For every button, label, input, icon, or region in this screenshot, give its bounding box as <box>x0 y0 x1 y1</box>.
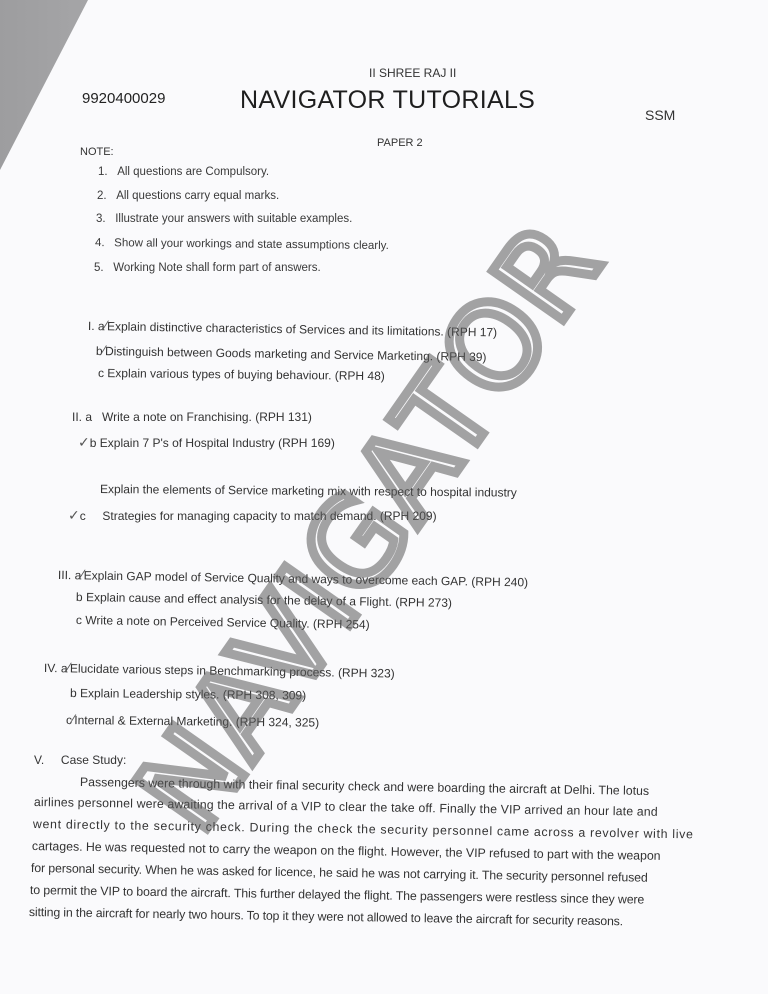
question-label: c <box>76 613 82 627</box>
question-label: b <box>70 686 77 700</box>
note-item: 3. Illustrate your answers with suitable… <box>96 213 352 225</box>
question-text: Write a note on Franchising. (RPH 131) <box>102 410 312 424</box>
case-study-line: to permit the VIP to board the aircraft.… <box>30 883 644 907</box>
note-item-number: 1. <box>98 166 108 178</box>
question-label: III. a <box>58 568 82 582</box>
question-text: Explain various types of buying behaviou… <box>107 366 385 383</box>
question-3c: c Write a note on Perceived Service Qual… <box>76 613 370 632</box>
question-2c: ✓c Strategies for managing capacity to m… <box>68 507 437 524</box>
question-text: Strategies for managing capacity to matc… <box>102 509 436 523</box>
note-item: 5. Working Note shall form part of answe… <box>94 262 321 274</box>
watermark: NAVIGATOR <box>110 198 627 855</box>
check-mark-icon: ✓ <box>68 507 80 523</box>
question-label: b <box>90 436 97 450</box>
note-item-number: 3. <box>96 213 106 225</box>
question-3a: III. a⁄Explain GAP model of Service Qual… <box>58 566 528 589</box>
subject-code: SSM <box>645 107 675 123</box>
case-study-line: cartages. He was requested not to carry … <box>32 839 661 863</box>
note-item-text: All questions carry equal marks. <box>116 190 279 202</box>
paper-number: PAPER 2 <box>377 137 423 149</box>
note-item: 2. All questions carry equal marks. <box>97 190 279 202</box>
question-label: II. a <box>72 410 92 424</box>
note-item: 4. Show all your workings and state assu… <box>95 237 389 252</box>
question-text: Elucidate various steps in Benchmarking … <box>70 661 395 680</box>
note-label: NOTE: <box>80 146 114 158</box>
question-2c-heading: Explain the elements of Service marketin… <box>100 482 517 500</box>
case-study-line: airlines personnel were awaiting the arr… <box>34 795 658 819</box>
note-item-text: Illustrate your answers with suitable ex… <box>115 213 352 225</box>
case-study-line: Passengers were through with their final… <box>80 775 649 798</box>
question-text: Write a note on Perceived Service Qualit… <box>85 613 370 631</box>
note-item-text: Working Note shall form part of answers. <box>113 262 321 274</box>
question-text: Explain distinctive characteristics of S… <box>107 319 497 339</box>
question-text: Explain cause and effect analysis for th… <box>86 590 452 610</box>
question-2a: II. a Write a note on Franchising. (RPH … <box>72 410 312 424</box>
note-item: 1. All questions are Compulsory. <box>98 166 269 178</box>
invocation-line: II SHREE RAJ II <box>369 66 456 80</box>
question-1a: I. a⁄Explain distinctive characteristics… <box>88 317 497 339</box>
question-label: I. a <box>88 319 105 333</box>
question-label: c <box>80 509 86 523</box>
question-label: c <box>98 366 104 380</box>
check-mark-icon: ✓ <box>78 434 90 450</box>
question-4c: c⁄Internal & External Marketing. (RPH 32… <box>66 711 319 730</box>
note-item-text: All questions are Compulsory. <box>117 166 269 178</box>
scanned-page: 9920400029 II SHREE RAJ II NAVIGATOR TUT… <box>0 0 768 994</box>
note-item-text: Show all your workings and state assumpt… <box>114 237 389 252</box>
phone-number: 9920400029 <box>82 90 165 107</box>
institute-title: NAVIGATOR TUTORIALS <box>240 86 535 115</box>
question-text: Explain Leadership styles. (RPH 308, 309… <box>80 686 306 702</box>
case-study-line: went directly to the security check. Dur… <box>33 817 694 841</box>
question-3b: b Explain cause and effect analysis for … <box>76 590 452 610</box>
question-label: V. <box>34 753 44 767</box>
question-1c: c Explain various types of buying behavi… <box>98 366 385 383</box>
note-item-number: 5. <box>94 262 104 274</box>
question-label: b <box>76 590 83 604</box>
case-study-title: Case Study: <box>61 753 126 767</box>
case-study-line: for personal security. When he was asked… <box>31 861 648 885</box>
question-text: Explain 7 P's of Hospital Industry (RPH … <box>100 436 335 450</box>
question-5-heading: V. Case Study: <box>34 753 126 767</box>
question-4b: b Explain Leadership styles. (RPH 308, 3… <box>70 686 306 702</box>
question-text: Explain GAP model of Service Quality and… <box>84 568 529 589</box>
question-2b: ✓b Explain 7 P's of Hospital Industry (R… <box>78 434 335 451</box>
question-4a: IV. a⁄Elucidate various steps in Benchma… <box>44 659 395 681</box>
question-text: Internal & External Marketing. (RPH 324,… <box>74 713 319 730</box>
note-item-number: 2. <box>97 190 107 202</box>
question-text: Distinguish between Goods marketing and … <box>105 344 487 364</box>
question-1b: b⁄Distinguish between Goods marketing an… <box>96 342 487 364</box>
note-item-number: 4. <box>95 237 105 249</box>
case-study-line: sitting in the aircraft for nearly two h… <box>29 905 623 928</box>
question-label: IV. a <box>44 661 68 675</box>
